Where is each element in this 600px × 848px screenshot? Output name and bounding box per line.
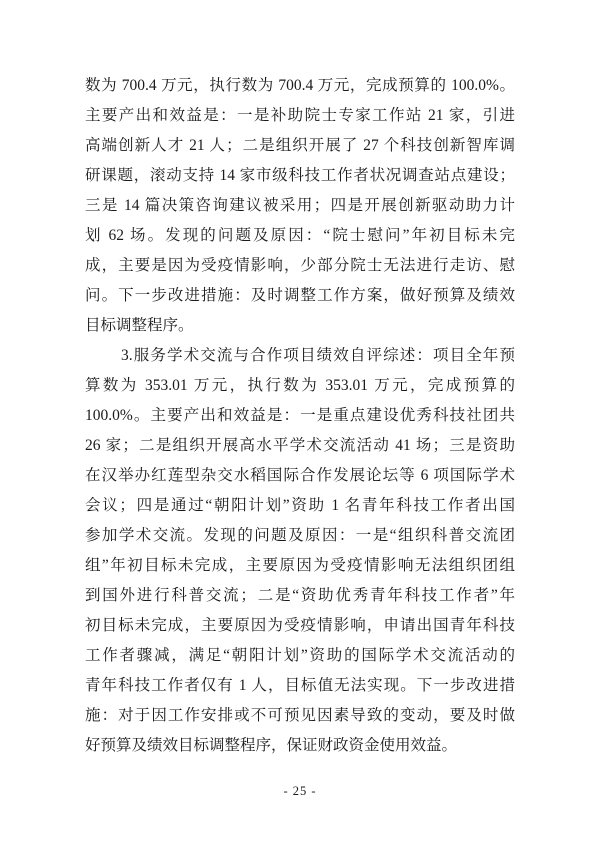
text-line: 划 62 场。发现的问题及原因：“院士慰问”年初目标未完 [85, 221, 515, 251]
text-line: 好预算及绩效目标调整程序，保证财政资金使用效益。 [85, 731, 515, 761]
text-line: 到国外进行科普交流；二是“资助优秀青年科技工作者”年 [85, 581, 515, 611]
text-line: 目标调整程序。 [85, 311, 515, 341]
text-line: 施：对于因工作安排或不可预见因素导致的变动，要及时做 [85, 701, 515, 731]
document-page: 数为 700.4 万元，执行数为 700.4 万元，完成预算的 100.0%。主… [0, 0, 600, 848]
document-body: 数为 700.4 万元，执行数为 700.4 万元，完成预算的 100.0%。主… [85, 71, 515, 761]
text-line: 成，主要是因为受疫情影响，少部分院士无法进行走访、慰 [85, 251, 515, 281]
text-line: 100.0%。主要产出和效益是：一是重点建设优秀科技社团共 [85, 401, 515, 431]
text-line: 26 家；二是组织开展高水平学术交流活动 41 场；三是资助 [85, 431, 515, 461]
text-line: 组”年初目标未完成，主要原因为受疫情影响无法组织团组 [85, 551, 515, 581]
text-line: 主要产出和效益是：一是补助院士专家工作站 21 家，引进 [85, 101, 515, 131]
text-line: 3.服务学术交流与合作项目绩效自评综述：项目全年预 [85, 341, 515, 371]
text-line: 在汉举办红莲型杂交水稻国际合作发展论坛等 6 项国际学术 [85, 461, 515, 491]
text-line: 三是 14 篇决策咨询建议被采用；四是开展创新驱动助力计 [85, 191, 515, 221]
text-line: 数为 700.4 万元，执行数为 700.4 万元，完成预算的 100.0%。 [85, 71, 515, 101]
text-line: 问。下一步改进措施：及时调整工作方案，做好预算及绩效 [85, 281, 515, 311]
text-line: 算数为 353.01 万元，执行数为 353.01 万元，完成预算的 [85, 371, 515, 401]
text-line: 初目标未完成，主要原因为受疫情影响，申请出国青年科技 [85, 611, 515, 641]
text-line: 工作者骤减，满足“朝阳计划”资助的国际学术交流活动的 [85, 641, 515, 671]
text-line: 高端创新人才 21 人；二是组织开展了 27 个科技创新智库调 [85, 131, 515, 161]
page-number: - 25 - [0, 782, 600, 800]
text-line: 参加学术交流。发现的问题及原因：一是“组织科普交流团 [85, 521, 515, 551]
text-line: 会议；四是通过“朝阳计划”资助 1 名青年科技工作者出国 [85, 491, 515, 521]
text-line: 研课题，滚动支持 14 家市级科技工作者状况调查站点建设； [85, 161, 515, 191]
text-line: 青年科技工作者仅有 1 人，目标值无法实现。下一步改进措 [85, 671, 515, 701]
